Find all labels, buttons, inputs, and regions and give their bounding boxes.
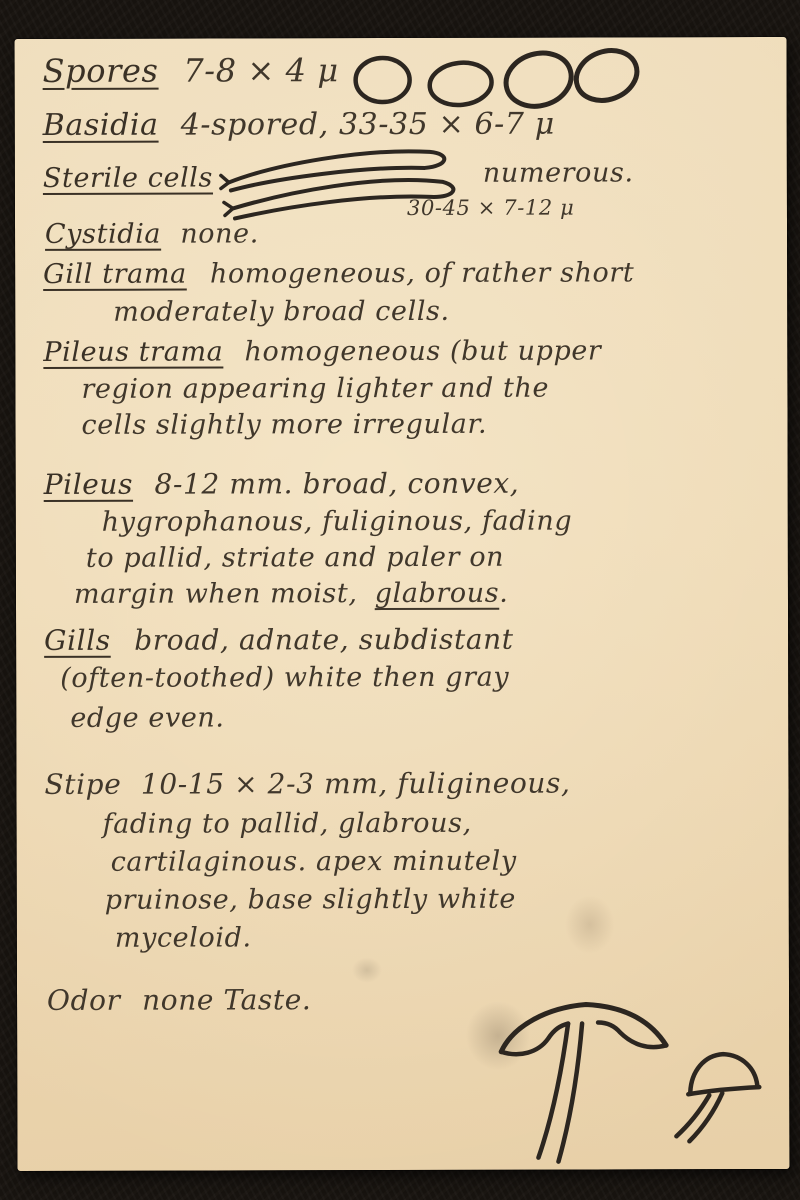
sterile-cells-count: numerous.	[483, 159, 634, 186]
stipe-line-5: myceloid.	[115, 924, 252, 951]
section-heading-gill-trama: Gill trama	[43, 259, 187, 290]
cystidia-line: Cystidia none.	[45, 220, 259, 248]
gills-line-3: edge even.	[70, 704, 224, 731]
gills-line-1: Gills broad, adnate, subdistant	[44, 626, 514, 655]
section-heading-spores: Spores	[43, 52, 159, 90]
note-card: Spores 7-8 × 4 μ Basidia 4-spored, 33-35…	[15, 37, 790, 1171]
spores-line: Spores 7-8 × 4 μ	[43, 54, 339, 87]
pileus-trama-line-2: region appearing lighter and the	[81, 375, 549, 403]
pileus-trama-line-1: Pileus trama homogeneous (but upper	[43, 337, 601, 365]
section-heading-gills: Gills	[44, 624, 111, 657]
section-heading-sterile-cells: Sterile cells	[43, 162, 213, 193]
pileus-line-4: margin when moist, glabrous.	[74, 580, 508, 608]
stipe-line-1: Stipe 10-15 × 2-3 mm, fuligineous,	[44, 770, 570, 799]
gills-line-2: (often-toothed) white then gray	[60, 664, 509, 692]
section-heading-odor: Odor	[47, 984, 121, 1017]
basidia-measurement: 4-spored, 33-35 × 6-7 μ	[181, 107, 555, 143]
basidia-line: Basidia 4-spored, 33-35 × 6-7 μ	[43, 110, 555, 141]
section-heading-basidia: Basidia	[43, 108, 159, 143]
gill-trama-line-2: moderately broad cells.	[113, 298, 450, 326]
mushroom-sketch	[485, 995, 787, 1170]
section-heading-stipe: Stipe	[44, 768, 121, 801]
cystidia-value: none.	[180, 218, 259, 249]
stipe-line-2: fading to pallid, glabrous,	[103, 810, 472, 838]
stipe-line-4: pruinose, base slightly white	[105, 886, 516, 914]
section-heading-pileus-trama: Pileus trama	[43, 336, 223, 367]
gill-trama-line-1: Gill trama homogeneous, of rather short	[43, 259, 634, 288]
spores-measurement: 7-8 × 4 μ	[183, 51, 339, 89]
pileus-line-3: to pallid, striate and paler on	[86, 544, 504, 572]
pileus-trama-line-3: cells slightly more irregular.	[81, 411, 487, 439]
pileus-line-2: hygrophanous, fuliginous, fading	[102, 508, 572, 536]
odor-taste-line: Odor none Taste.	[47, 986, 311, 1015]
photo-background: { "scene": { "background_color": "#17130…	[0, 0, 800, 1200]
section-heading-pileus: Pileus	[44, 468, 133, 501]
paper-smudge	[557, 885, 623, 963]
underlined-word-glabrous: glabrous	[375, 578, 500, 609]
sterile-cells-line: Sterile cells	[43, 164, 213, 191]
paper-smudge	[347, 953, 387, 987]
pileus-line-1: Pileus 8-12 mm. broad, convex,	[44, 470, 520, 499]
section-heading-cystidia: Cystidia	[45, 219, 161, 250]
stipe-line-3: cartilaginous. apex minutely	[111, 848, 517, 876]
sterile-cells-dimensions: 30-45 × 7-12 μ	[407, 198, 574, 219]
